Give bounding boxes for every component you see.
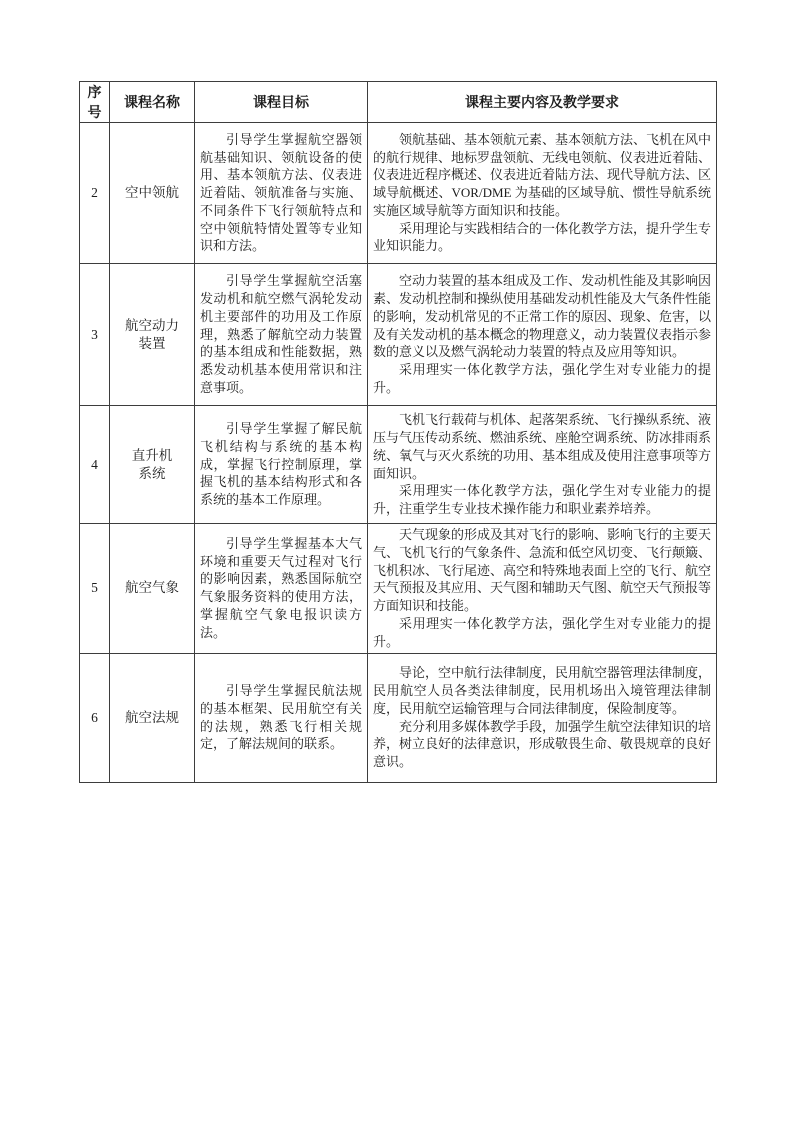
course-objective: 引导学生掌握航空活塞发动机和航空燃气涡轮发动机主要部件的功用及工作原理，熟悉了解…	[195, 264, 368, 406]
table-row: 2 空中领航 引导学生掌握航空器领航基础知识、领航设备的使用、基本领航方法、仪表…	[80, 123, 717, 264]
course-objective: 引导学生掌握了解民航飞机结构与系统的基本构成，掌握飞行控制原理，掌握飞机的基本结…	[195, 406, 368, 524]
course-content: 飞机飞行载荷与机体、起落架系统、飞行操纵系统、液压与气压传动系统、燃油系统、座舱…	[368, 406, 717, 524]
header-cell-number: 序号	[80, 82, 110, 123]
table-header-row: 序号 课程名称 课程目标 课程主要内容及教学要求	[80, 82, 717, 123]
content-paragraph: 领航基础、基本领航元素、基本领航方法、飞机在风中的航行规律、地标罗盘领航、无线电…	[373, 131, 711, 220]
row-number: 5	[80, 524, 110, 654]
course-content: 导论，空中航行法律制度，民用航空器管理法律制度，民用航空人员各类法律制度，民用机…	[368, 653, 717, 782]
objective-paragraph: 引导学生掌握基本大气环境和重要天气过程对飞行的影响因素，熟悉国际航空气象服务资料…	[200, 535, 362, 642]
course-name: 空中领航	[110, 123, 195, 264]
content-paragraph: 天气现象的形成及其对飞行的影响、影响飞行的主要天气、飞机飞行的气象条件、急流和低…	[373, 526, 711, 615]
course-name: 航空法规	[110, 653, 195, 782]
course-objective: 引导学生掌握基本大气环境和重要天气过程对飞行的影响因素，熟悉国际航空气象服务资料…	[195, 524, 368, 654]
row-number: 4	[80, 406, 110, 524]
header-cell-course-name: 课程名称	[110, 82, 195, 123]
course-table: 序号 课程名称 课程目标 课程主要内容及教学要求 2 空中领航 引导学生掌握航空…	[79, 81, 717, 783]
content-paragraph: 充分利用多媒体教学手段，加强学生航空法律知识的培养，树立良好的法律意识，形成敬畏…	[373, 718, 711, 771]
course-content: 空动力装置的基本组成及工作、发动机性能及其影响因素、发动机控制和操纵使用基础发动…	[368, 264, 717, 406]
content-paragraph: 采用理实一体化教学方法，强化学生对专业能力的提升，注重学生专业技术操作能力和职业…	[373, 482, 711, 518]
content-paragraph: 采用理实一体化教学方法，强化学生对专业能力的提升。	[373, 361, 711, 397]
course-name: 直升机 系统	[110, 406, 195, 524]
course-objective: 引导学生掌握航空器领航基础知识、领航设备的使用、基本领航方法、仪表进近着陆、领航…	[195, 123, 368, 264]
table-row: 4 直升机 系统 引导学生掌握了解民航飞机结构与系统的基本构成，掌握飞行控制原理…	[80, 406, 717, 524]
row-number: 3	[80, 264, 110, 406]
objective-paragraph: 引导学生掌握了解民航飞机结构与系统的基本构成，掌握飞行控制原理，掌握飞机的基本结…	[200, 420, 362, 509]
header-cell-course-content: 课程主要内容及教学要求	[368, 82, 717, 123]
course-name: 航空气象	[110, 524, 195, 654]
row-number: 6	[80, 653, 110, 782]
course-name: 航空动力 装置	[110, 264, 195, 406]
table-row: 5 航空气象 引导学生掌握基本大气环境和重要天气过程对飞行的影响因素，熟悉国际航…	[80, 524, 717, 654]
objective-paragraph: 引导学生掌握民航法规的基本框架、民用航空有关的法规，熟悉飞行相关规定，了解法规间…	[200, 682, 362, 753]
course-content: 领航基础、基本领航元素、基本领航方法、飞机在风中的航行规律、地标罗盘领航、无线电…	[368, 123, 717, 264]
objective-paragraph: 引导学生掌握航空器领航基础知识、领航设备的使用、基本领航方法、仪表进近着陆、领航…	[200, 131, 362, 256]
content-paragraph: 导论，空中航行法律制度，民用航空器管理法律制度，民用航空人员各类法律制度，民用机…	[373, 664, 711, 717]
content-paragraph: 空动力装置的基本组成及工作、发动机性能及其影响因素、发动机控制和操纵使用基础发动…	[373, 272, 711, 361]
header-cell-course-objective: 课程目标	[195, 82, 368, 123]
table-row: 6 航空法规 引导学生掌握民航法规的基本框架、民用航空有关的法规，熟悉飞行相关规…	[80, 653, 717, 782]
table-row: 3 航空动力 装置 引导学生掌握航空活塞发动机和航空燃气涡轮发动机主要部件的功用…	[80, 264, 717, 406]
document-page: 序号 课程名称 课程目标 课程主要内容及教学要求 2 空中领航 引导学生掌握航空…	[0, 0, 793, 1122]
objective-paragraph: 引导学生掌握航空活塞发动机和航空燃气涡轮发动机主要部件的功用及工作原理，熟悉了解…	[200, 272, 362, 397]
row-number: 2	[80, 123, 110, 264]
content-paragraph: 飞机飞行载荷与机体、起落架系统、飞行操纵系统、液压与气压传动系统、燃油系统、座舱…	[373, 411, 711, 482]
course-content: 天气现象的形成及其对飞行的影响、影响飞行的主要天气、飞机飞行的气象条件、急流和低…	[368, 524, 717, 654]
content-paragraph: 采用理论与实践相结合的一体化教学方法，提升学生专业知识能力。	[373, 220, 711, 256]
content-paragraph: 采用理实一体化教学方法，强化学生对专业能力的提升。	[373, 615, 711, 651]
course-objective: 引导学生掌握民航法规的基本框架、民用航空有关的法规，熟悉飞行相关规定，了解法规间…	[195, 653, 368, 782]
